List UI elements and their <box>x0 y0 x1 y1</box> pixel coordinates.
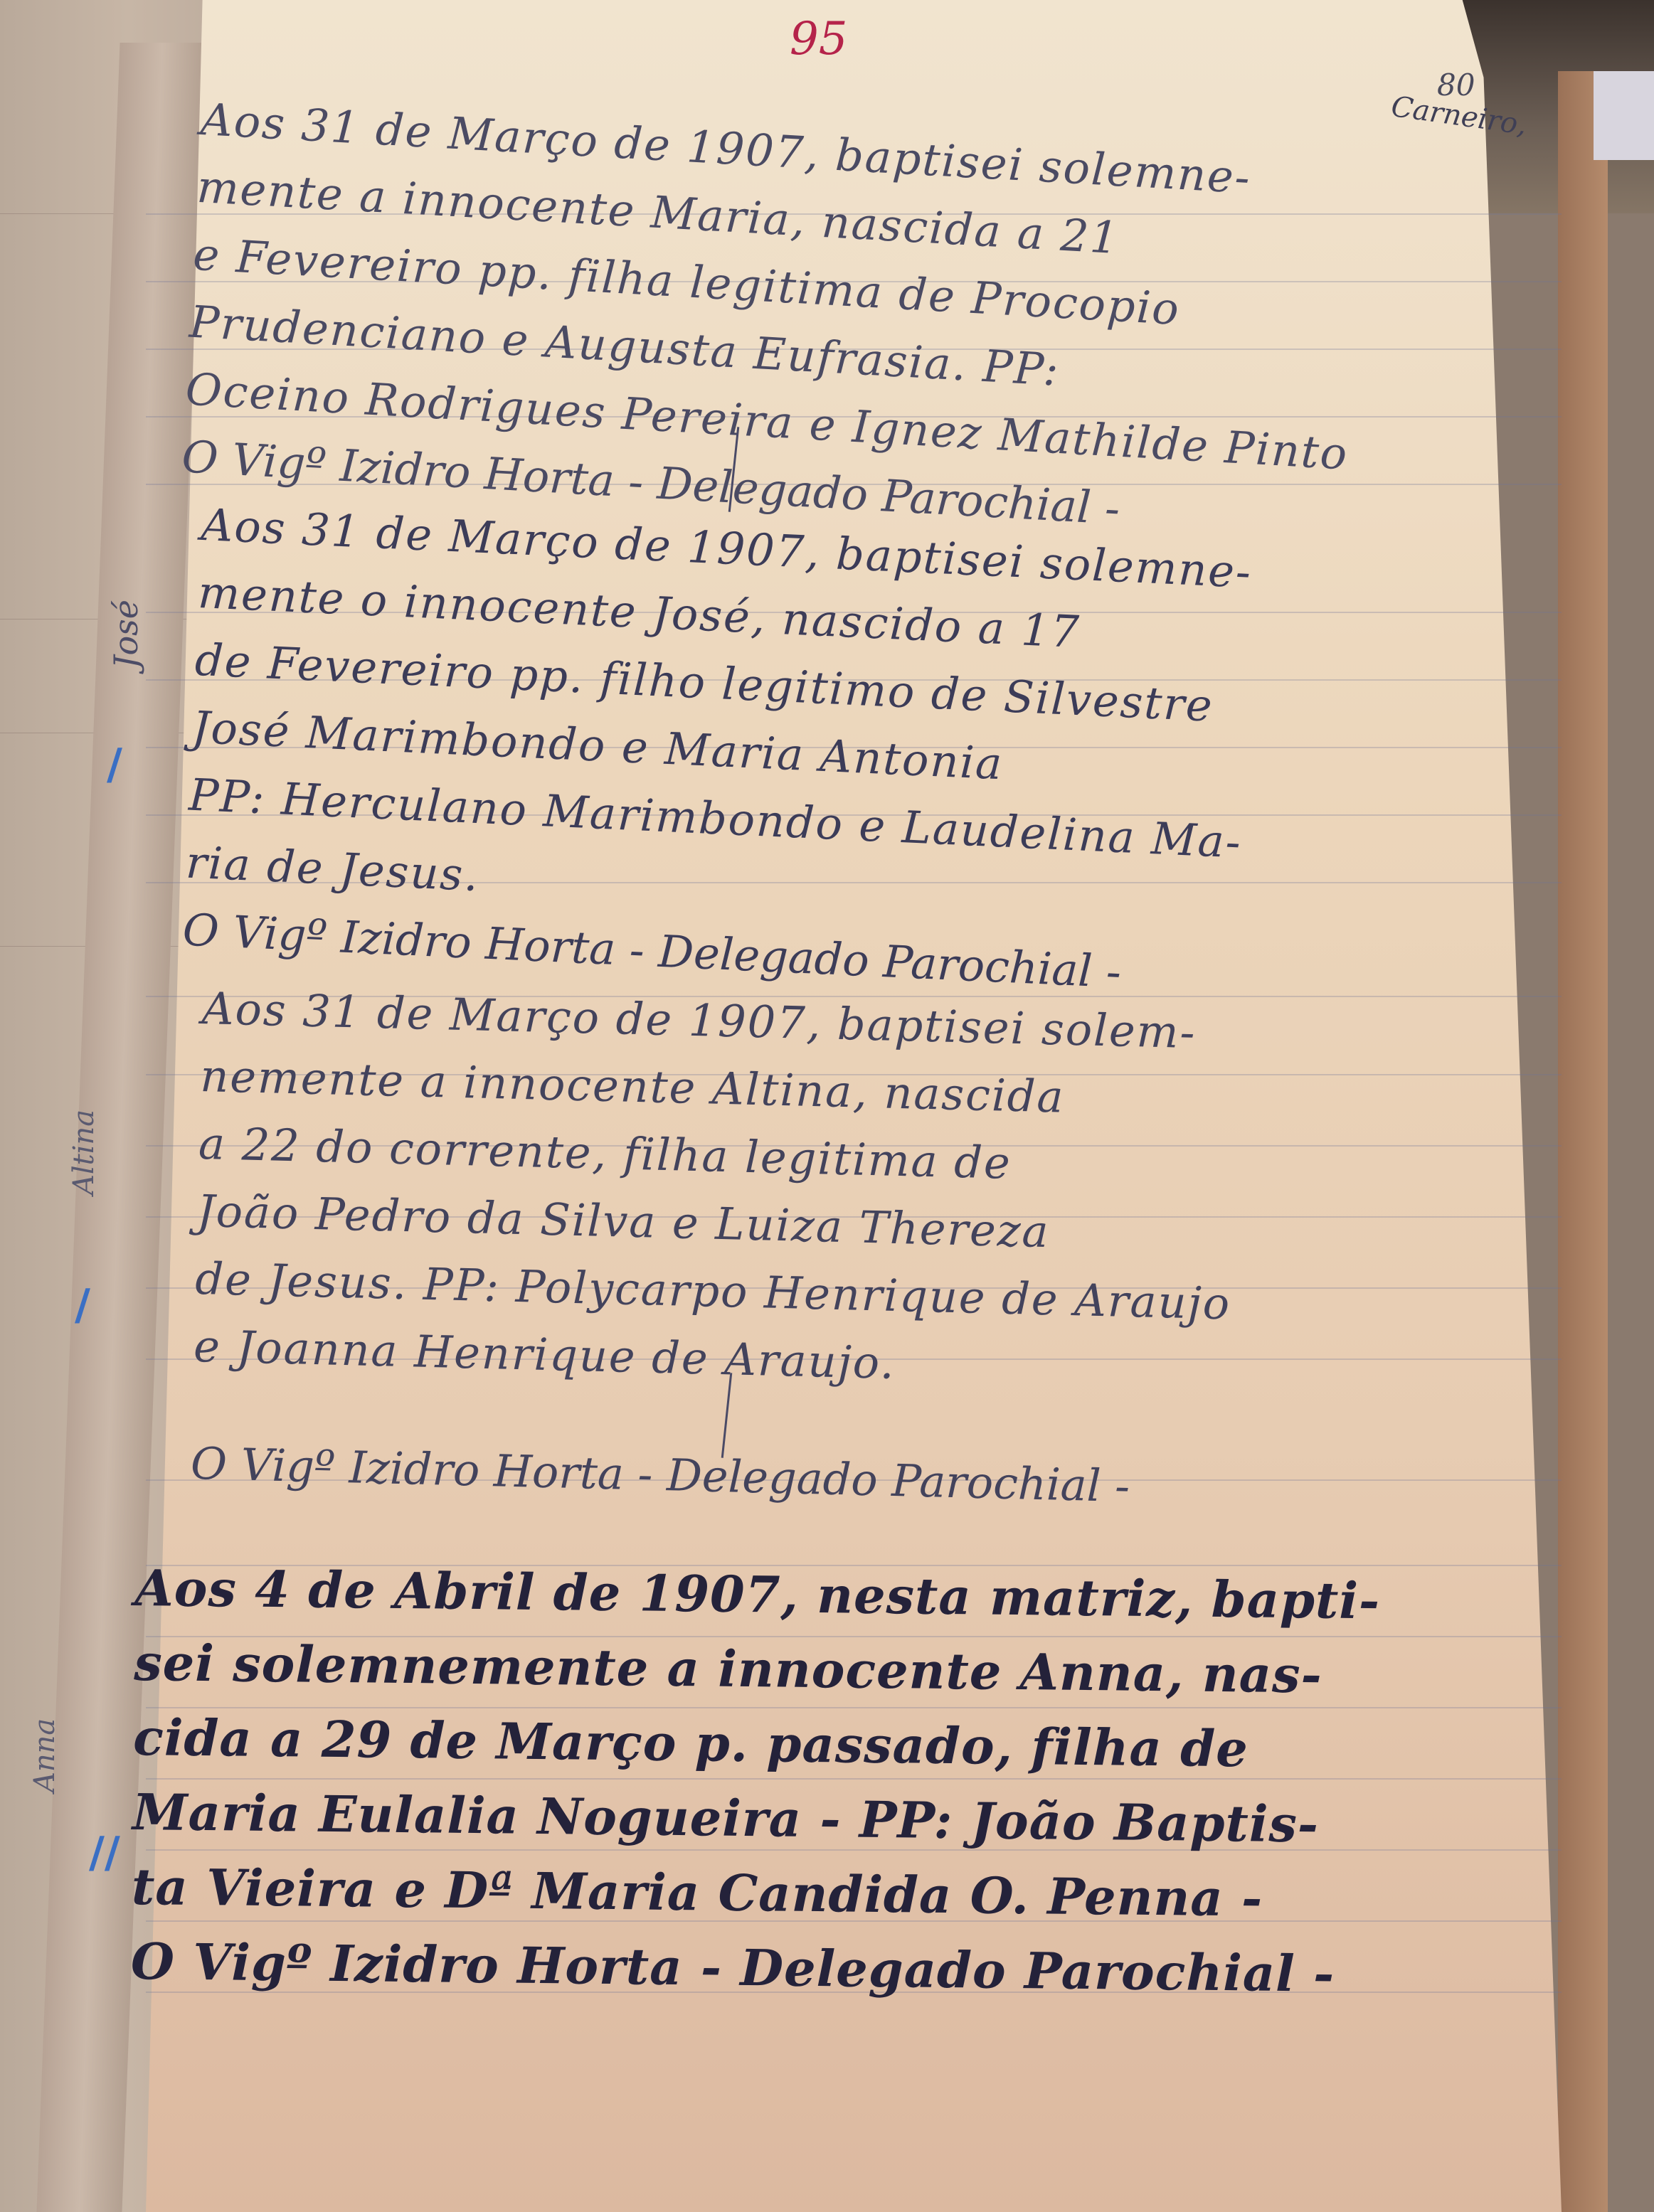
entry-line: Maria Eulalia Nogueira - PP: João Baptis… <box>132 1775 1485 1863</box>
margin-note-jose: José <box>107 600 145 669</box>
background-card <box>1594 71 1654 160</box>
entry-line: cida a 29 de Março p. passado, filha de <box>133 1700 1485 1789</box>
baptism-entry-altina: Aos 31 de Março de 1907, baptisei solem-… <box>190 974 1554 1530</box>
blue-tally-mark: / <box>107 740 122 789</box>
baptism-entry-anna: Aos 4 de Abril de 1907, nesta matriz, ba… <box>130 1551 1486 2013</box>
entry-line: Aos 4 de Abril de 1907, nesta matriz, ba… <box>134 1551 1487 1639</box>
margin-note-anna: Anna <box>28 1718 61 1792</box>
blue-tally-mark: // <box>89 1828 120 1878</box>
background-board <box>1558 71 1608 2212</box>
entry-line: sei solemnemente a innocente Anna, nas- <box>134 1625 1486 1714</box>
baptism-entry-jose: Aos 31 de Março de 1907, baptisei solemn… <box>181 491 1553 1025</box>
baptism-entry-maria: Aos 31 de Março de 1907, baptisei solemn… <box>180 85 1552 565</box>
blue-tally-mark: / <box>75 1280 90 1330</box>
margin-note-altina: Altina <box>68 1110 100 1195</box>
priest-signature: O Vigº Izidro Horta - Delegado Parochial… <box>130 1924 1483 2013</box>
folio-number: 95 <box>790 13 847 65</box>
entry-line: ta Vieira e Dª Maria Candida O. Penna - <box>132 1849 1484 1938</box>
